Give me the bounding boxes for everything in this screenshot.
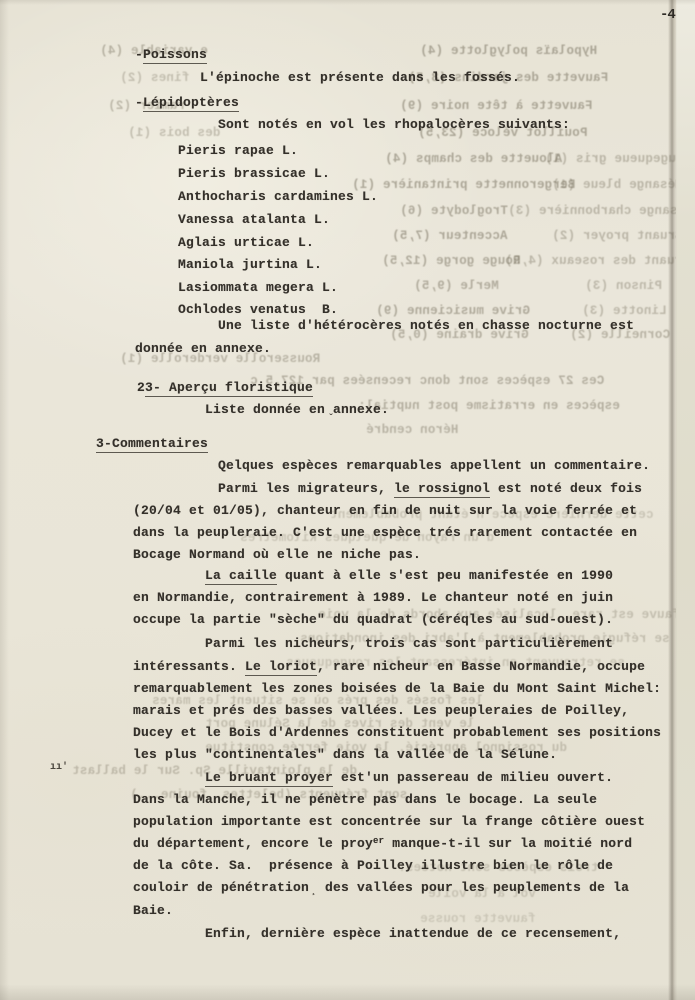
text-line: Le bruant proyer est'un passereau de mil… — [205, 770, 613, 785]
bleedthrough-text: Pinson (3) — [585, 279, 662, 293]
bleedthrough-text: Mésange charbonnière (3) — [508, 204, 693, 218]
bottom-edge-shadow — [0, 984, 695, 1000]
text-line: en Normandie, contrairement à 1989. Le c… — [133, 590, 613, 605]
text-line: (20/04 et 01/05), chanteur en fin de nui… — [133, 503, 637, 518]
text-line: Bocage Normand où elle ne niche pas. — [133, 547, 421, 562]
text-line: Aglais urticae L. — [178, 235, 314, 250]
text-line: 3-Commentaires — [96, 436, 208, 451]
bleedthrough-text: fauvette rousse — [420, 912, 536, 926]
text-line: -Lépidoptères — [135, 95, 239, 110]
bleedthrough-text: Merle (9,5) — [414, 279, 499, 293]
bleedthrough-text: Bruant des roseaux (4,5) — [505, 254, 690, 268]
text-line: Liste donnée en annexe. — [205, 402, 389, 417]
bleedthrough-text: Rouge gorge (12,5) — [382, 254, 521, 268]
text-line: du département, encore le proyer manque-… — [133, 836, 632, 851]
text-line: Pieris brassicae L. — [178, 166, 330, 181]
bleedthrough-text: Héron cendré — [366, 423, 458, 437]
text-line: remarquablement les zones boisées de la … — [133, 681, 661, 696]
text-line: Pieris rapae L. — [178, 143, 298, 158]
text-line: Ochlodes venatus B. — [178, 302, 338, 317]
text-line: Parmi les migrateurs, le rossignol est n… — [218, 481, 642, 496]
text-line: population importante est concentrée sur… — [133, 814, 645, 829]
text-line: Baie. — [133, 903, 173, 918]
text-line: La caille quant à elle s'est peu manifes… — [205, 568, 613, 583]
text-line: 23- Aperçu floristique — [137, 380, 313, 395]
text-line: Lasiommata megera L. — [178, 280, 338, 295]
bleedthrough-text: Linotte (3) — [582, 304, 667, 318]
bleedthrough-text: Troglodyte (6) — [400, 204, 508, 218]
scan-edge-line — [668, 0, 677, 1000]
text-line: Anthocharis cardamines L. — [178, 189, 378, 204]
text-line: Maniola jurtina L. — [178, 257, 322, 272]
top-edge-shadow — [0, 0, 695, 5]
scan-edge-strip — [676, 0, 695, 1000]
bleedthrough-text: des bois (1) — [128, 126, 220, 140]
text-line: -Poissons — [135, 47, 207, 62]
bleedthrough-text: Bergeronnette printanière (1) — [352, 178, 575, 192]
scanned-page: e variable (4)Hypolaïs polyglotte (4)fin… — [0, 0, 695, 1000]
bleedthrough-text: Grive musicienne (9) — [376, 304, 530, 318]
text-line: Sont notés en vol les rhopalocères suiva… — [218, 117, 570, 132]
left-edge-shadow — [0, 0, 9, 1000]
text-line: marais et prés des basses vallées. Les p… — [133, 703, 629, 718]
text-line: donnée en annexe. — [135, 341, 271, 356]
bleedthrough-text: Fauvette à tête noire (9) — [400, 99, 593, 113]
text-line: Vanessa atalanta L. — [178, 212, 330, 227]
text-line: de la côte. Sa. présence à Poilley illus… — [133, 858, 613, 873]
text-line: les plus "continentales" dans la vallée … — [133, 747, 557, 762]
text-line: couloir de pénétration des vallées pour … — [133, 880, 629, 895]
bleedthrough-text: espèces en erratisme post nuptial: — [358, 399, 620, 413]
text-line: dans la peupleraie. C'est une espèce tré… — [133, 525, 637, 540]
text-line: Qelques espèces remarquables appellent u… — [218, 458, 650, 473]
text-line: Enfin, dernière espèce inattendue de ce … — [205, 926, 621, 941]
text-line: Ducey et le Bois d'Ardennes constituent … — [133, 725, 661, 740]
page-number: -4 — [660, 7, 675, 23]
scan-artifact: ıı' — [50, 762, 68, 773]
bleedthrough-text: Alouette des champs (4) — [385, 152, 562, 166]
text-line: Parmi les nicheurs, trois cas sont parti… — [205, 636, 613, 651]
bleedthrough-text: Mésange bleue (1) — [552, 178, 683, 192]
bleedthrough-text: Bruant proyer (2) — [552, 229, 683, 243]
text-line: intéressants. Le loriot, rare nicheur en… — [133, 659, 645, 674]
text-line: Dans la Manche, il ne pénètre pas dans l… — [133, 792, 597, 807]
text-line: L'épinoche est présente dans les fossés. — [200, 70, 520, 85]
bleedthrough-text: Hypolaïs polyglotte (4) — [420, 44, 597, 58]
bleedthrough-text: fines (2) — [120, 71, 189, 85]
bleedthrough-text: Accenteur (7,5) — [392, 229, 508, 243]
text-line: occupe la partie "sèche" du quadrat (cér… — [133, 612, 613, 627]
text-line: Une liste d'hétérocères notés en chasse … — [218, 318, 634, 333]
